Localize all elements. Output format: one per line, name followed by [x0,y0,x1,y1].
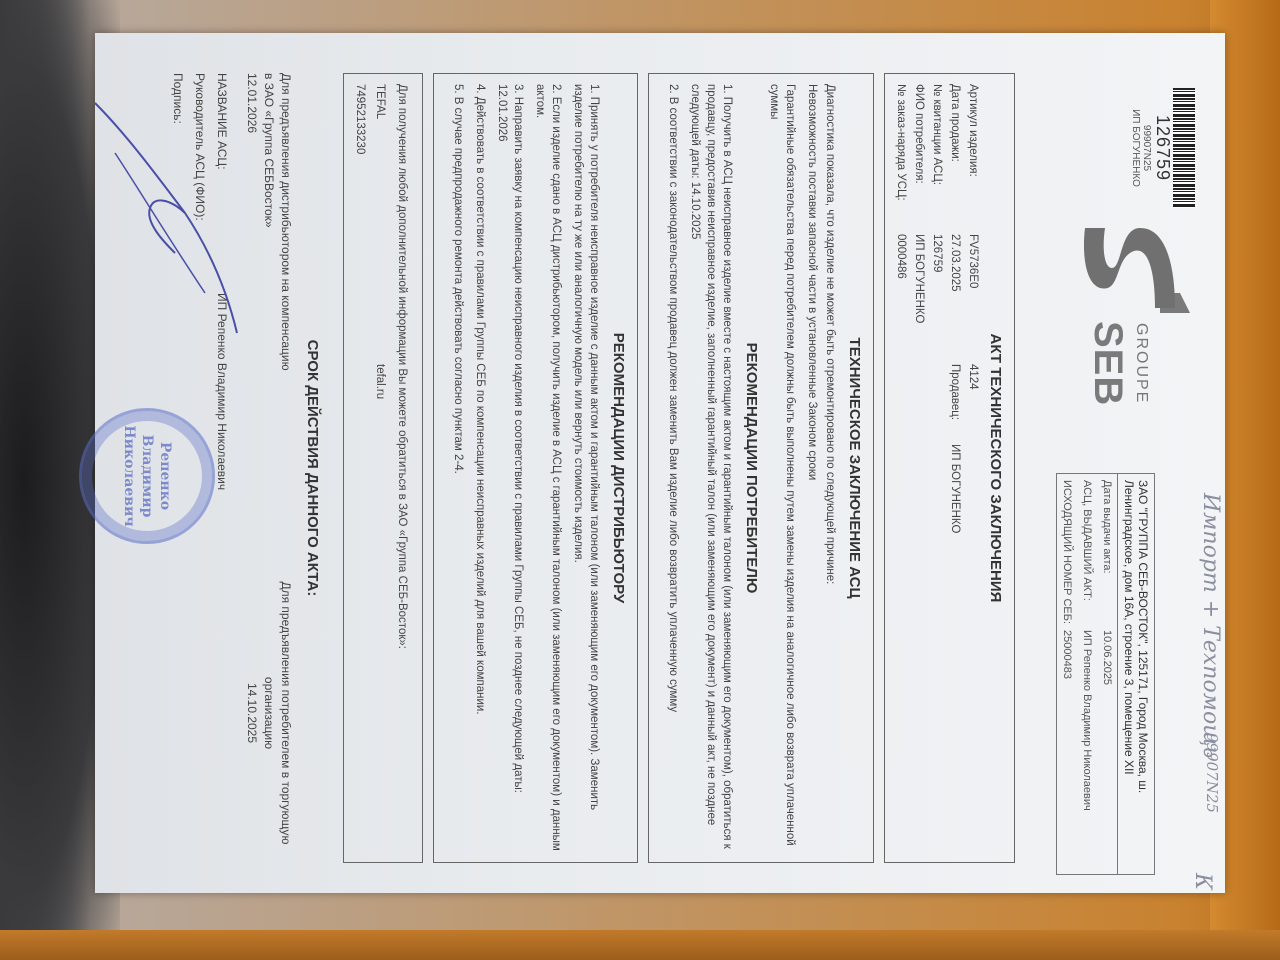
validity-consumer-date: 14.10.2025 [243,563,260,863]
issue-date-value: 10.06.2025 [1101,630,1113,868]
act-details-box: АКТ ТЕХНИЧЕСКОГО ЗАКЛЮЧЕНИЯ Артикул изде… [884,73,1015,863]
article-value: FV5736E0 [967,234,979,364]
barcode-icon [1173,88,1195,208]
barcode-number: 126759 [1152,83,1173,213]
stamp-line-3: Николаевич [120,411,138,541]
outgoing-number-row: ИСХОДЯЩИЙ НОМЕР СЕБ: 25000483 [1057,474,1077,874]
issue-date-row: Дата выдачи акта: 10.06.2025 [1097,474,1117,874]
conclusion-box: ТЕХНИЧЕСКОЕ ЗАКЛЮЧЕНИЕ АСЦ Диагностика п… [648,73,874,863]
official-stamp: Репенко Владимир Николаевич [79,408,215,544]
validity-section: Для предъявления дистрибьютором на компе… [243,73,294,863]
company-address: ЗАО "ГРУППА СЕБ-ВОСТОК", 125171, Город М… [1117,474,1154,874]
document-header: 126759 99907N25 ИП БОГУНЕНКО GROUPE SEB … [1025,73,1195,863]
handwritten-code: 99907N25 [1203,733,1221,813]
order-label: № заказ-наряда УСЦ: [895,84,907,234]
order-value: 0000486 [895,234,907,364]
barcode-seller: ИП БОГУНЕНКО [1130,83,1141,213]
document-page: 126759 99907N25 ИП БОГУНЕНКО GROUPE SEB … [95,33,1225,893]
consumer-recommendation-2: 2. В соответствии с законодательством пр… [665,84,681,852]
consumer-label: ФИО потребителя: [913,84,925,234]
logo-text-groupe: GROUPE [1132,323,1150,404]
issuer-label: АСЦ, ВЫДАВШИЙ АКТ: [1081,480,1093,630]
distributor-title: РЕКОМЕНДАЦИИ ДИСТРИБЬЮТОРУ [610,84,627,852]
consumer-value: ИП БОГУНЕНКО [913,234,925,364]
validity-consumer-text: Для предъявления потребителем в торгующу… [260,563,294,863]
outgoing-number-value: 25000483 [1061,630,1073,868]
validity-distributor-date: 12.01.2026 [243,73,260,373]
contact-website: tefal.ru [374,364,386,852]
contact-phone-row: 74952133230 [354,84,366,852]
conclusion-text-2: Невозможность поставки запасной части в … [804,84,820,852]
consumer-recommendations-title: РЕКОМЕНДАЦИИ ПОТРЕБИТЕЛЮ [743,84,760,852]
outgoing-number-label: ИСХОДЯЩИЙ НОМЕР СЕБ: [1061,480,1073,630]
background-table-edge [0,930,1280,960]
handwritten-note: Импорт + Техпомощь [1198,493,1223,758]
validity-consumer: Для предъявления потребителем в торгующу… [243,563,294,863]
stamp-line-2: Владимир [138,411,156,541]
conclusion-text-3: Гарантийные обязательства перед потребит… [766,84,798,852]
consumer-recommendation-1: 1. Получить в АСЦ неисправное изделие вм… [687,84,735,852]
issuer-row: АСЦ, ВЫДАВШИЙ АКТ: ИП Репенко Владимир Н… [1077,474,1097,874]
issuer-value: ИП Репенко Владимир Николаевич [1081,630,1093,868]
distributor-item-3: 3. Направить заявку на компенсацию неисп… [494,84,526,852]
barcode-subcode: 99907N25 [1141,83,1152,213]
contact-brand-row: TEFAL tefal.ru [374,84,386,852]
receipt-label: № квитанции АСЦ: [931,84,943,234]
article-extra: 4124 [967,364,979,444]
conclusion-text-1: Диагностика показала, что изделие не мож… [822,84,838,852]
barcode-block: 126759 99907N25 ИП БОГУНЕНКО [1130,83,1195,213]
act-title: АКТ ТЕХНИЧЕСКОГО ЗАКЛЮЧЕНИЯ [987,84,1004,852]
contact-text: Для получения любой дополнительной инфор… [394,84,410,852]
sale-date-label: Дата продажи: [949,84,961,234]
groupe-seb-logo: GROUPE SEB [1070,223,1190,383]
contact-phone: 74952133230 [354,84,366,364]
stamp-line-1: Репенко [156,411,174,541]
sale-date-value: 27.03.2025 [949,234,961,364]
receipt-value: 126759 [931,234,943,364]
distributor-item-4: 4. Действовать в соответствии с правилам… [472,84,488,852]
distributor-item-2: 2. Если изделие сдано в АСЦ дистрибьютор… [532,84,564,852]
seller-label: Продавец: [949,364,961,444]
seller-value: ИП БОГУНЕНКО [949,444,961,852]
contact-box: Для получения любой дополнительной инфор… [343,73,423,863]
validity-distributor: Для предъявления дистрибьютором на компе… [243,73,294,373]
act-fields: Артикул изделия: FV5736E0 4124 Дата прод… [895,84,979,852]
distributor-box: РЕКОМЕНДАЦИИ ДИСТРИБЬЮТОРУ 1. Принять у … [433,73,638,863]
distributor-item-5: 5. В случае предпродажного ремонта дейст… [450,84,466,852]
contact-brand: TEFAL [374,84,386,364]
distributor-item-1: 1. Принять у потребителя неисправное изд… [570,84,602,852]
validity-title: СРОК ДЕЙСТВИЯ ДАННОГО АКТА: [304,73,321,863]
company-info-box: ЗАО "ГРУППА СЕБ-ВОСТОК", 125171, Город М… [1056,473,1155,875]
seb-s-logo-icon [1080,223,1190,318]
article-label: Артикул изделия: [967,84,979,234]
handwritten-signature-icon [85,93,245,353]
issue-date-label: Дата выдачи акта: [1101,480,1113,630]
logo-text-seb: SEB [1085,321,1130,406]
validity-distributor-text: Для предъявления дистрибьютором на компе… [260,73,294,373]
conclusion-title: ТЕХНИЧЕСКОЕ ЗАКЛЮЧЕНИЕ АСЦ [846,84,863,852]
handwritten-mark: К [1190,873,1215,890]
